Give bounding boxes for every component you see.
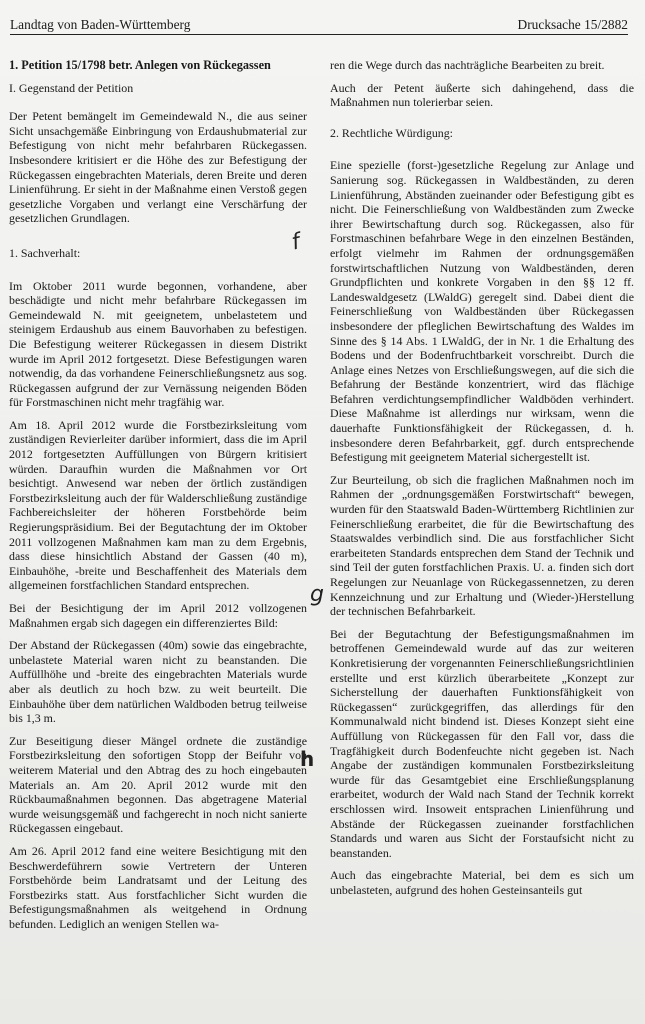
header-document-number: Drucksache 15/2882 — [518, 16, 628, 34]
paragraph-facts-1: Im Oktober 2011 wurde begonnen, vorhande… — [9, 279, 307, 410]
paragraph-facts-6: Am 26. April 2012 fand eine weitere Besi… — [9, 844, 307, 932]
section-heading-legal-assessment: 2. Rechtliche Würdigung: — [330, 126, 634, 141]
section-heading-subject: I. Gegenstand der Petition — [9, 81, 307, 96]
paragraph-facts-5: Zur Beseitigung dieser Mängel ordnete di… — [9, 734, 307, 836]
section-heading-facts: 1. Sachverhalt: — [9, 246, 307, 261]
document-page: Landtag von Baden-Württemberg Drucksache… — [0, 0, 645, 1024]
paragraph-subject: Der Petent bemängelt im Gemeindewald N.,… — [9, 109, 307, 226]
paragraph-legal-4: Auch das eingebrachte Material, bei dem … — [330, 868, 634, 897]
paragraph-petitioner-statement: Auch der Petent äußerte sich dahingehend… — [330, 81, 634, 110]
paragraph-facts-3: Bei der Besichtigung der im April 2012 v… — [9, 601, 307, 630]
right-column: ren die Wege durch das nachträgliche Bea… — [330, 58, 634, 905]
paragraph-facts-4: Der Abstand der Rückegassen (40m) sowie … — [9, 638, 307, 726]
paragraph-continuation: ren die Wege durch das nachträgliche Bea… — [330, 58, 634, 73]
page-header: Landtag von Baden-Württemberg Drucksache… — [10, 14, 628, 35]
header-publisher: Landtag von Baden-Württemberg — [10, 16, 190, 34]
handwritten-mark-g: g — [310, 584, 324, 606]
paragraph-legal-2: Zur Beurteilung, ob sich die fraglichen … — [330, 473, 634, 619]
paragraph-legal-1: Eine spezielle (forst-)gesetzliche Regel… — [330, 158, 634, 464]
handwritten-mark-h: h — [300, 748, 314, 770]
paragraph-facts-2: Am 18. April 2012 wurde die Forstbezirks… — [9, 418, 307, 593]
paragraph-legal-3: Bei der Begutachtung der Befestigungsmaß… — [330, 627, 634, 861]
left-column: 1. Petition 15/1798 betr. Anlegen von Rü… — [9, 58, 307, 939]
petition-title: 1. Petition 15/1798 betr. Anlegen von Rü… — [9, 58, 307, 73]
